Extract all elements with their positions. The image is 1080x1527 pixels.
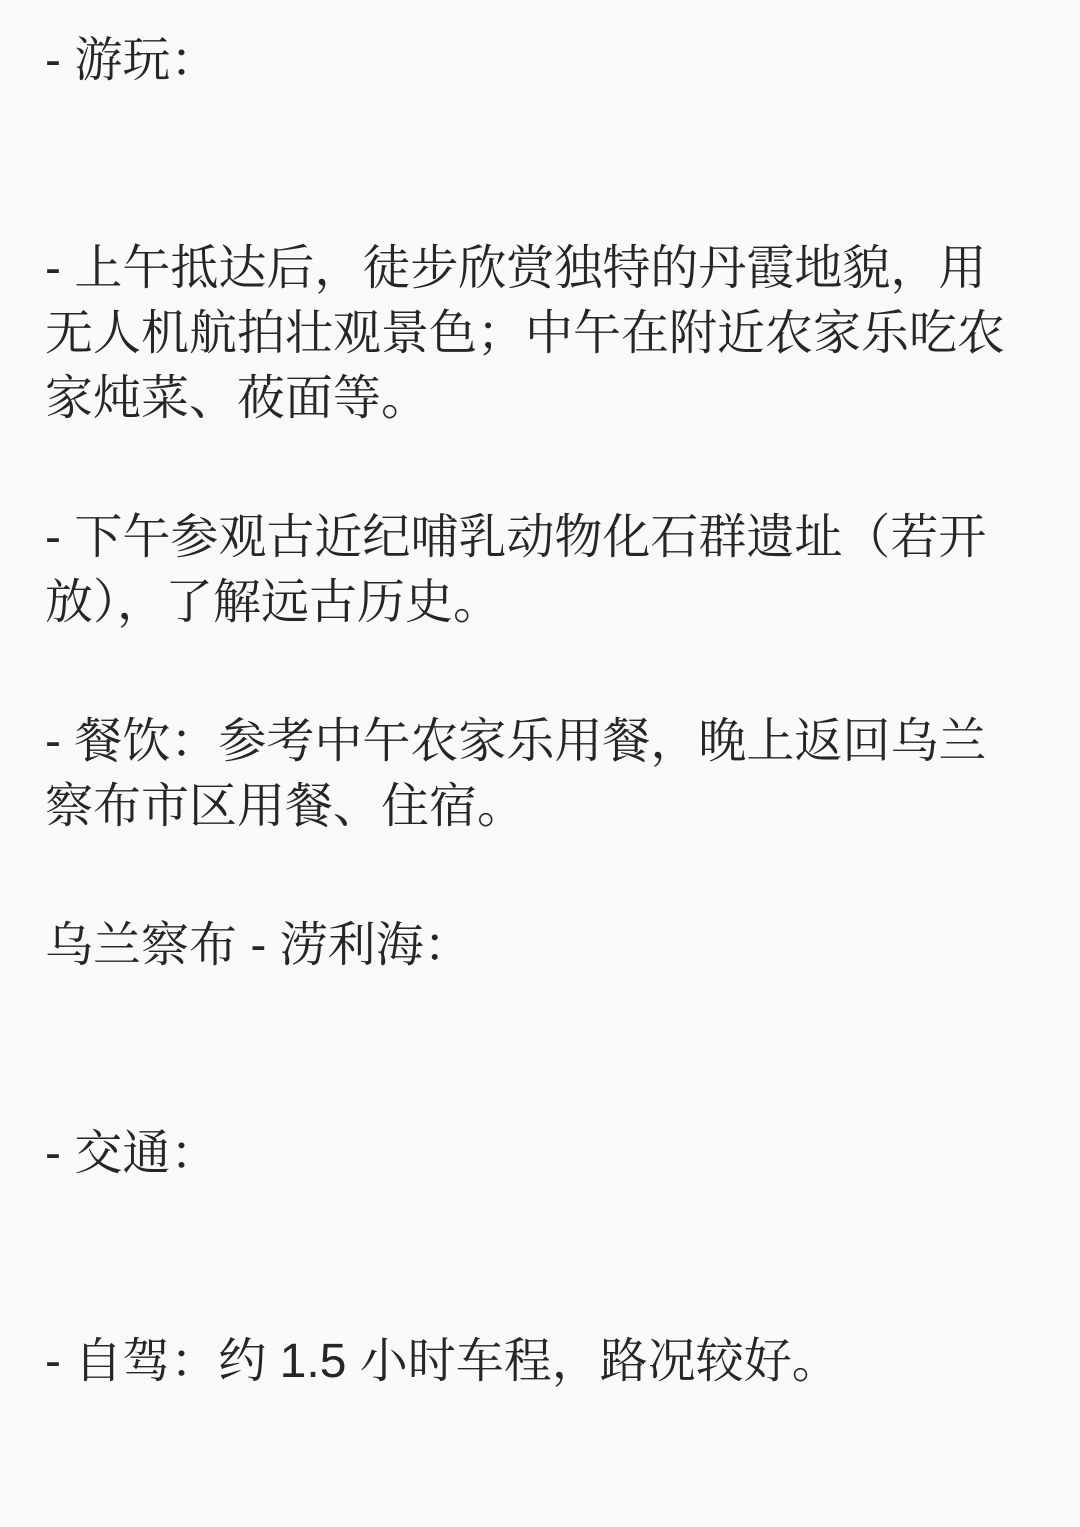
blank-line bbox=[45, 1052, 1015, 1121]
bullet-line-self-drive: - 自驾：约 1.5 小时车程，路况较好。 bbox=[45, 1329, 1015, 1394]
blank-line bbox=[45, 167, 1015, 236]
itinerary-text-page: - 游玩： - 上午抵达后，徒步欣赏独特的丹霞地貌，用无人机航拍壮观景色；中午在… bbox=[0, 0, 1080, 1527]
route-heading-wulanchabu-laolihai: 乌兰察布 - 涝利海： bbox=[45, 913, 1015, 978]
bullet-line-youwan: - 游玩： bbox=[45, 28, 1015, 93]
bullet-paragraph-dining: - 餐饮：参考中午农家乐用餐，晚上返回乌兰察布市区用餐、住宿。 bbox=[45, 709, 1015, 839]
bullet-paragraph-morning-activity: - 上午抵达后，徒步欣赏独特的丹霞地貌，用无人机航拍壮观景色；中午在附近农家乐吃… bbox=[45, 236, 1015, 431]
bullet-paragraph-afternoon-fossil-site: - 下午参观古近纪哺乳动物化石群遗址（若开放），了解远古历史。 bbox=[45, 505, 1015, 635]
bullet-line-transport: - 交通： bbox=[45, 1121, 1015, 1186]
blank-line bbox=[45, 1260, 1015, 1329]
